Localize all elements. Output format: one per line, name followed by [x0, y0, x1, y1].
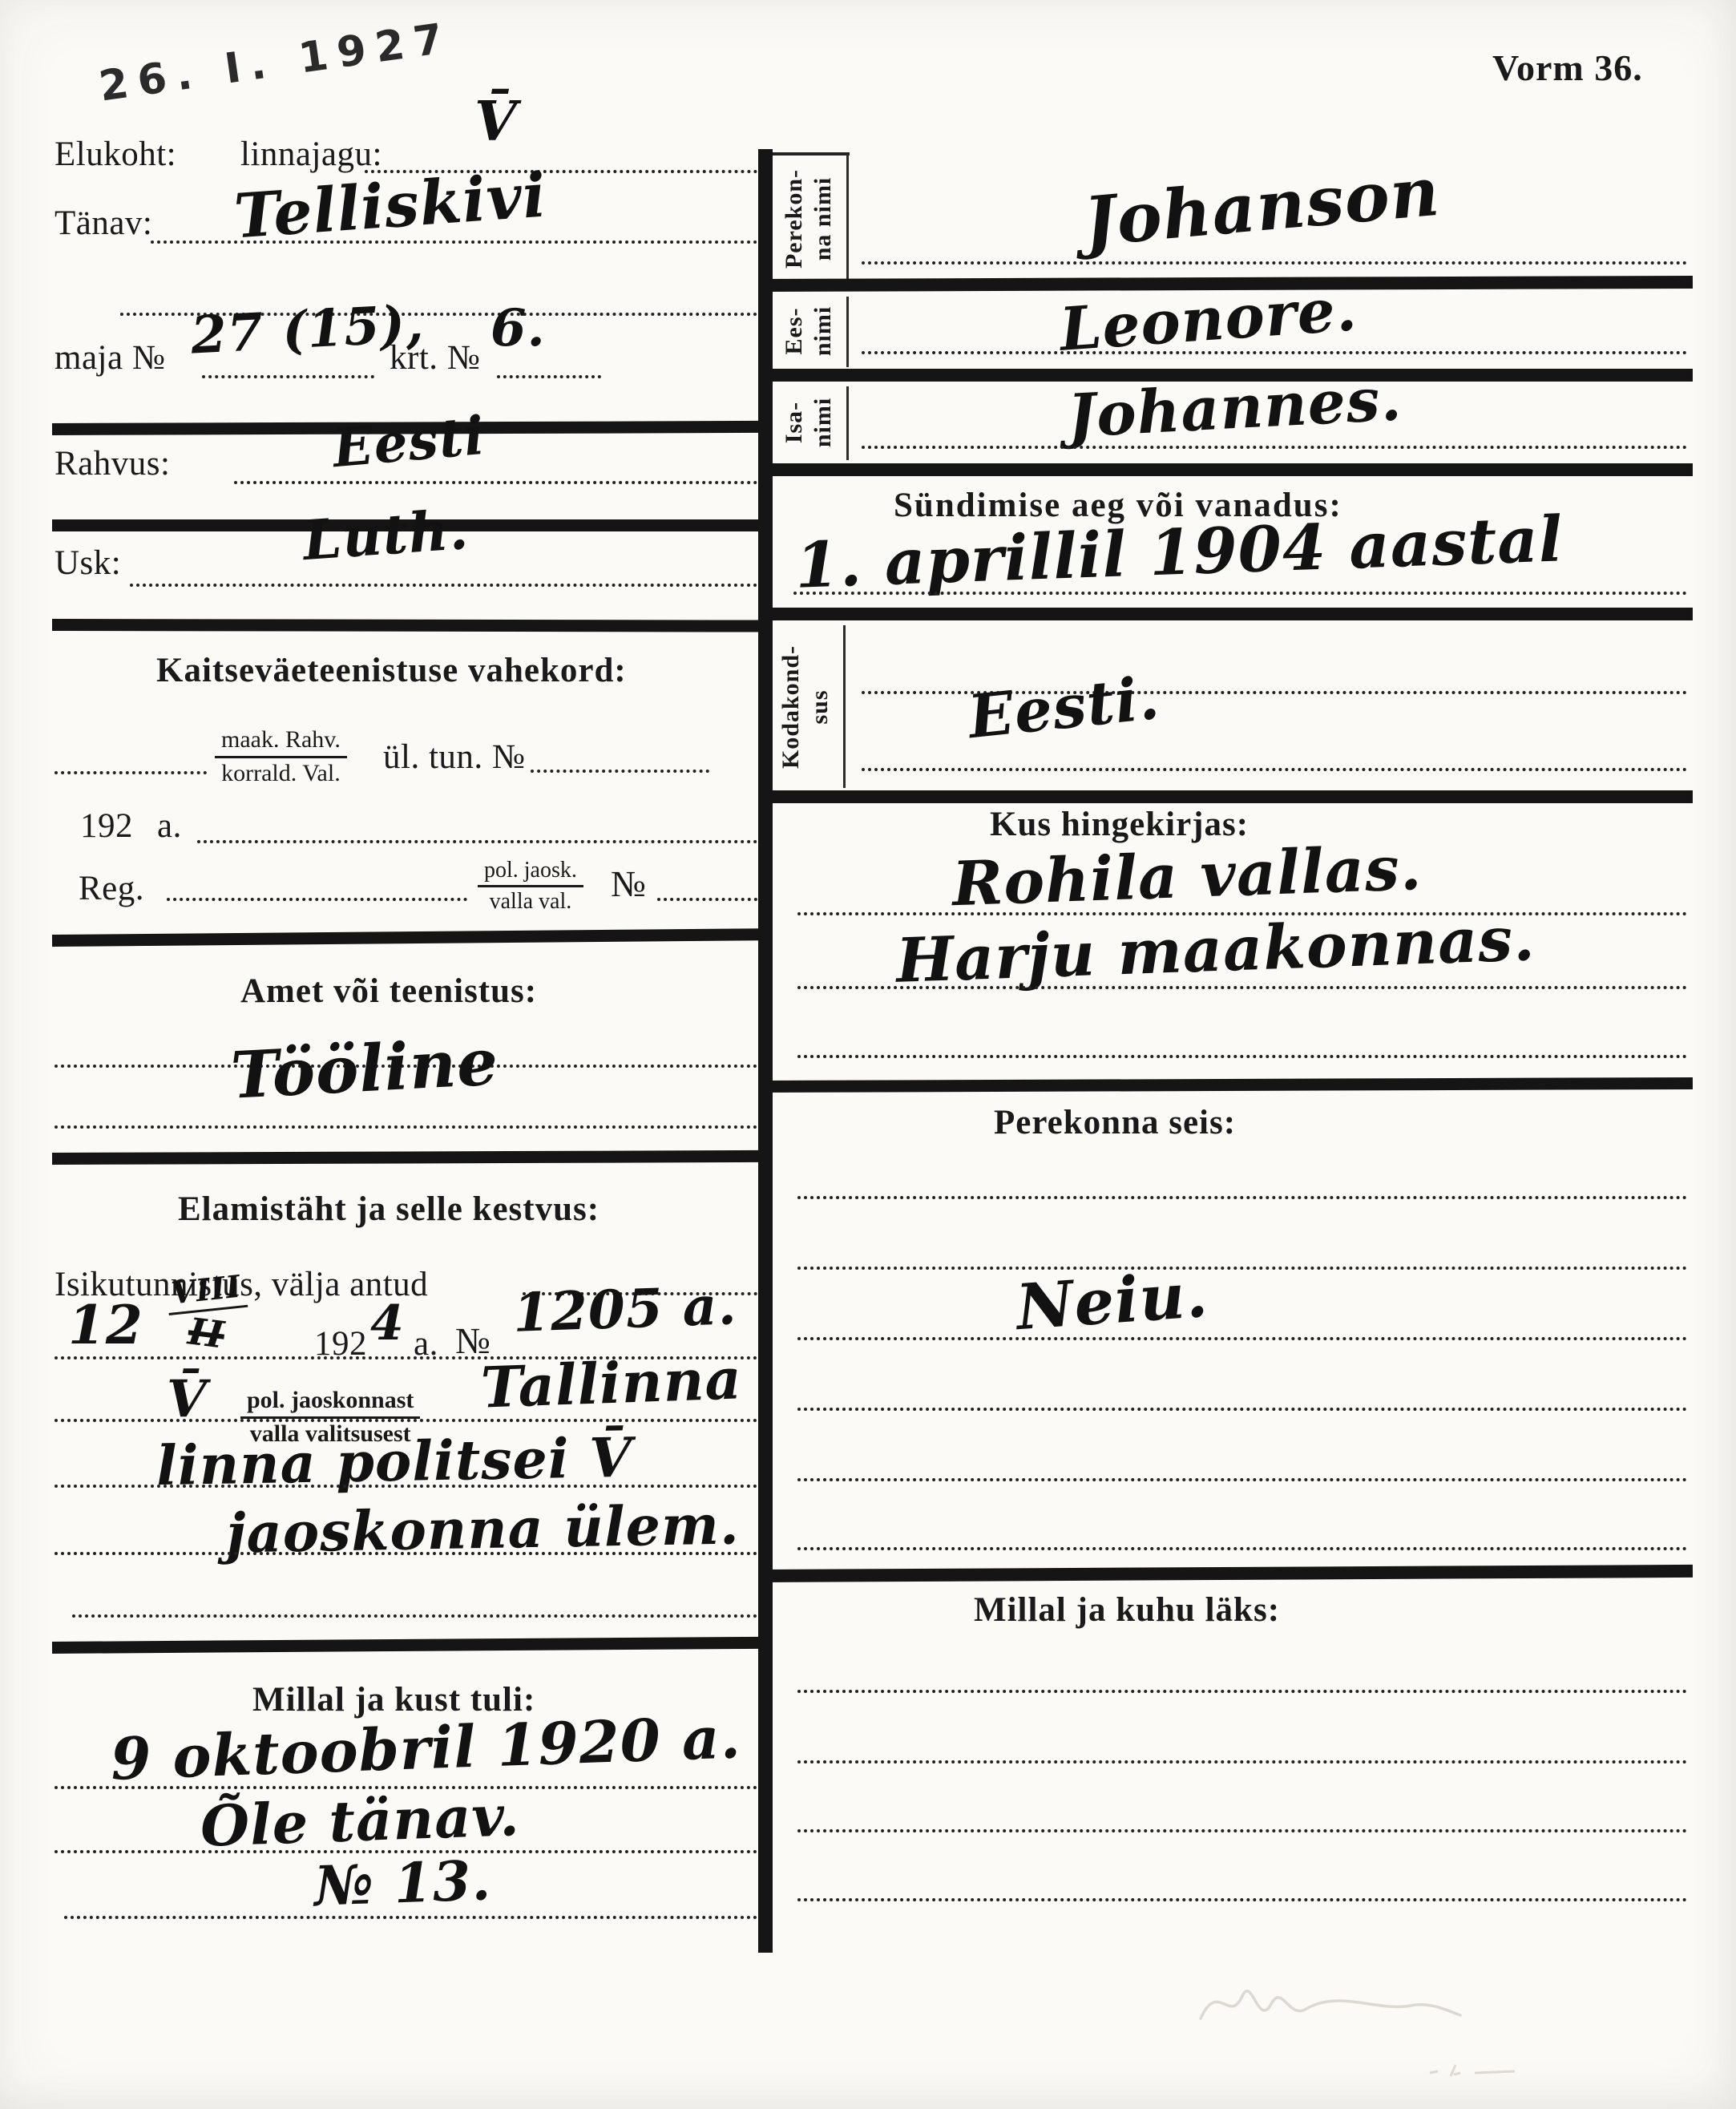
rahvus-label: Rahvus:: [55, 444, 170, 483]
surname-value: Johanson: [1081, 152, 1443, 261]
ruled-line: [197, 840, 757, 843]
maja-label: maja №: [55, 338, 165, 378]
ruled-line: [862, 261, 1687, 265]
firstname-vertical-label: Ees- nimi: [771, 295, 846, 367]
cert-number: 1205 a.: [512, 1274, 738, 1344]
cert-year-digit: 4: [370, 1295, 405, 1351]
ruled-line: [862, 446, 1687, 449]
cert-month-correction: VIII II: [167, 1271, 246, 1355]
ruled-line: [531, 770, 709, 773]
rahvus-value: Eesti: [330, 404, 487, 479]
usk-label: Usk:: [55, 543, 121, 583]
ruled-line: [797, 986, 1687, 989]
issuer-value: Tallinna: [480, 1345, 743, 1420]
ruled-line: [55, 771, 207, 774]
form-number: Vorm 36.: [1492, 46, 1643, 89]
amet-value: Tööline: [229, 1024, 500, 1113]
ruled-line: [797, 1337, 1687, 1340]
firstname-label-line1: Ees-: [780, 306, 809, 356]
ruled-line: [797, 1690, 1687, 1693]
cert-day: 12: [68, 1294, 143, 1356]
surname-label-line2: na nimi: [809, 169, 838, 269]
ruled-line: [797, 1760, 1687, 1764]
citizenship-vertical-label: Kodakond- sus: [768, 625, 843, 788]
ul-tun-label: ül. tun. №: [383, 737, 525, 777]
amet-heading: Amet või teenistus:: [240, 972, 537, 1011]
linnajagu-value: V̄: [474, 90, 518, 154]
reg-frac-top: pol. jaosk.: [478, 858, 583, 887]
fathername-label-line1: Isa-: [780, 398, 809, 447]
issuer-frac-top: pol. jaoskonnast: [240, 1387, 420, 1419]
kaitse-frac-top: maak. Rahv.: [215, 726, 347, 758]
year-prefix: 192: [80, 806, 133, 846]
hingekirjas-line1: Rohila vallas.: [951, 832, 1423, 919]
tuli-line3: № 13.: [313, 1848, 493, 1919]
divider-bar: [52, 928, 761, 947]
reg-no-sign: №: [611, 863, 646, 905]
usk-value: Luth.: [301, 498, 470, 573]
ruled-line: [797, 1408, 1687, 1411]
krt-value: 6.: [491, 298, 546, 358]
fathername-label-line2: nimi: [809, 398, 838, 447]
cert-month-crossed: II: [186, 1309, 227, 1356]
ruled-line: [797, 1829, 1687, 1832]
faint-edge-marks: [1427, 2060, 1523, 2079]
ruled-line: [797, 1898, 1687, 1901]
cert-month-corrected: VIII: [165, 1267, 248, 1315]
elamistaht-heading: Elamistäht ja selle kestvus:: [178, 1190, 600, 1229]
citizenship-value: Eesti.: [965, 664, 1163, 753]
krt-label: krt. №: [390, 338, 480, 378]
cell-border: [846, 297, 849, 367]
surname-label-line1: Perekon-: [780, 169, 809, 269]
cell-border: [846, 386, 849, 460]
marital-heading: Perekonna seis:: [994, 1103, 1236, 1142]
marital-value: Neiu.: [1014, 1259, 1210, 1344]
ruled-line: [797, 1196, 1687, 1199]
ruled-line: [234, 481, 757, 484]
divider-bar: [761, 1565, 1693, 1582]
year-suffix: a.: [157, 806, 182, 846]
kaitse-frac-bottom: korrald. Val.: [215, 758, 347, 787]
divider-bar: [761, 463, 1693, 476]
tanav-label: Tänav:: [55, 204, 152, 243]
citizenship-label-line2: sus: [805, 644, 834, 768]
laks-heading: Millal ja kuhu läks:: [974, 1590, 1280, 1630]
reg-frac-bottom: valla val.: [478, 887, 583, 914]
ruled-line: [130, 584, 757, 587]
kaitse-heading: Kaitseväeteenistuse vahekord:: [156, 651, 627, 690]
ruled-line: [797, 1267, 1687, 1270]
ruled-line: [55, 1419, 757, 1422]
ruled-line: [797, 1055, 1687, 1058]
divider-bar: [52, 619, 761, 632]
tuli-line1: 9 oktoobril 1920 a.: [110, 1703, 742, 1792]
surname-vertical-label: Perekon- na nimi: [771, 154, 846, 284]
linnajagu-label: linnajagu:: [240, 135, 382, 174]
divider-bar: [52, 1637, 761, 1654]
ruled-line: [797, 1547, 1687, 1550]
divider-bar: [52, 1150, 761, 1165]
divider-bar: [761, 608, 1693, 620]
date-stamp: 26. I. 1927: [96, 14, 455, 111]
scanned-form-page: 26. I. 1927 Vorm 36. Elukoht: linnajagu:…: [0, 0, 1736, 2109]
divider-bar: [761, 790, 1693, 803]
ruled-line: [657, 898, 757, 901]
ruled-line: [862, 351, 1687, 354]
ruled-line: [497, 375, 601, 378]
faint-pencil-signature: [1194, 1956, 1467, 2044]
reg-label: Reg.: [79, 869, 144, 908]
ruled-line: [793, 592, 1687, 595]
citizenship-label-line1: Kodakond-: [777, 644, 805, 768]
reg-fraction: pol. jaosk. valla val.: [478, 858, 583, 915]
ruled-line: [64, 1916, 757, 1919]
ruled-line: [55, 1552, 757, 1555]
firstname-label-line2: nimi: [809, 306, 838, 356]
hingekirjas-heading: Kus hingekirjas:: [990, 805, 1249, 844]
ruled-line: [797, 1478, 1687, 1481]
ruled-line: [55, 1125, 757, 1129]
cell-border: [843, 625, 846, 788]
elukoht-label: Elukoht:: [55, 135, 176, 174]
cell-border: [846, 154, 849, 285]
fathername-vertical-label: Isa- nimi: [771, 385, 846, 460]
ruled-line: [167, 898, 467, 901]
kaitse-fraction: maak. Rahv. korrald. Val.: [215, 726, 347, 786]
ruled-line: [55, 1485, 757, 1488]
ruled-line: [202, 375, 374, 378]
ruled-line: [72, 1614, 757, 1618]
ruled-line: [862, 768, 1687, 771]
divider-bar: [761, 1077, 1693, 1093]
tuli-line2: Õle tänav.: [200, 1782, 521, 1860]
